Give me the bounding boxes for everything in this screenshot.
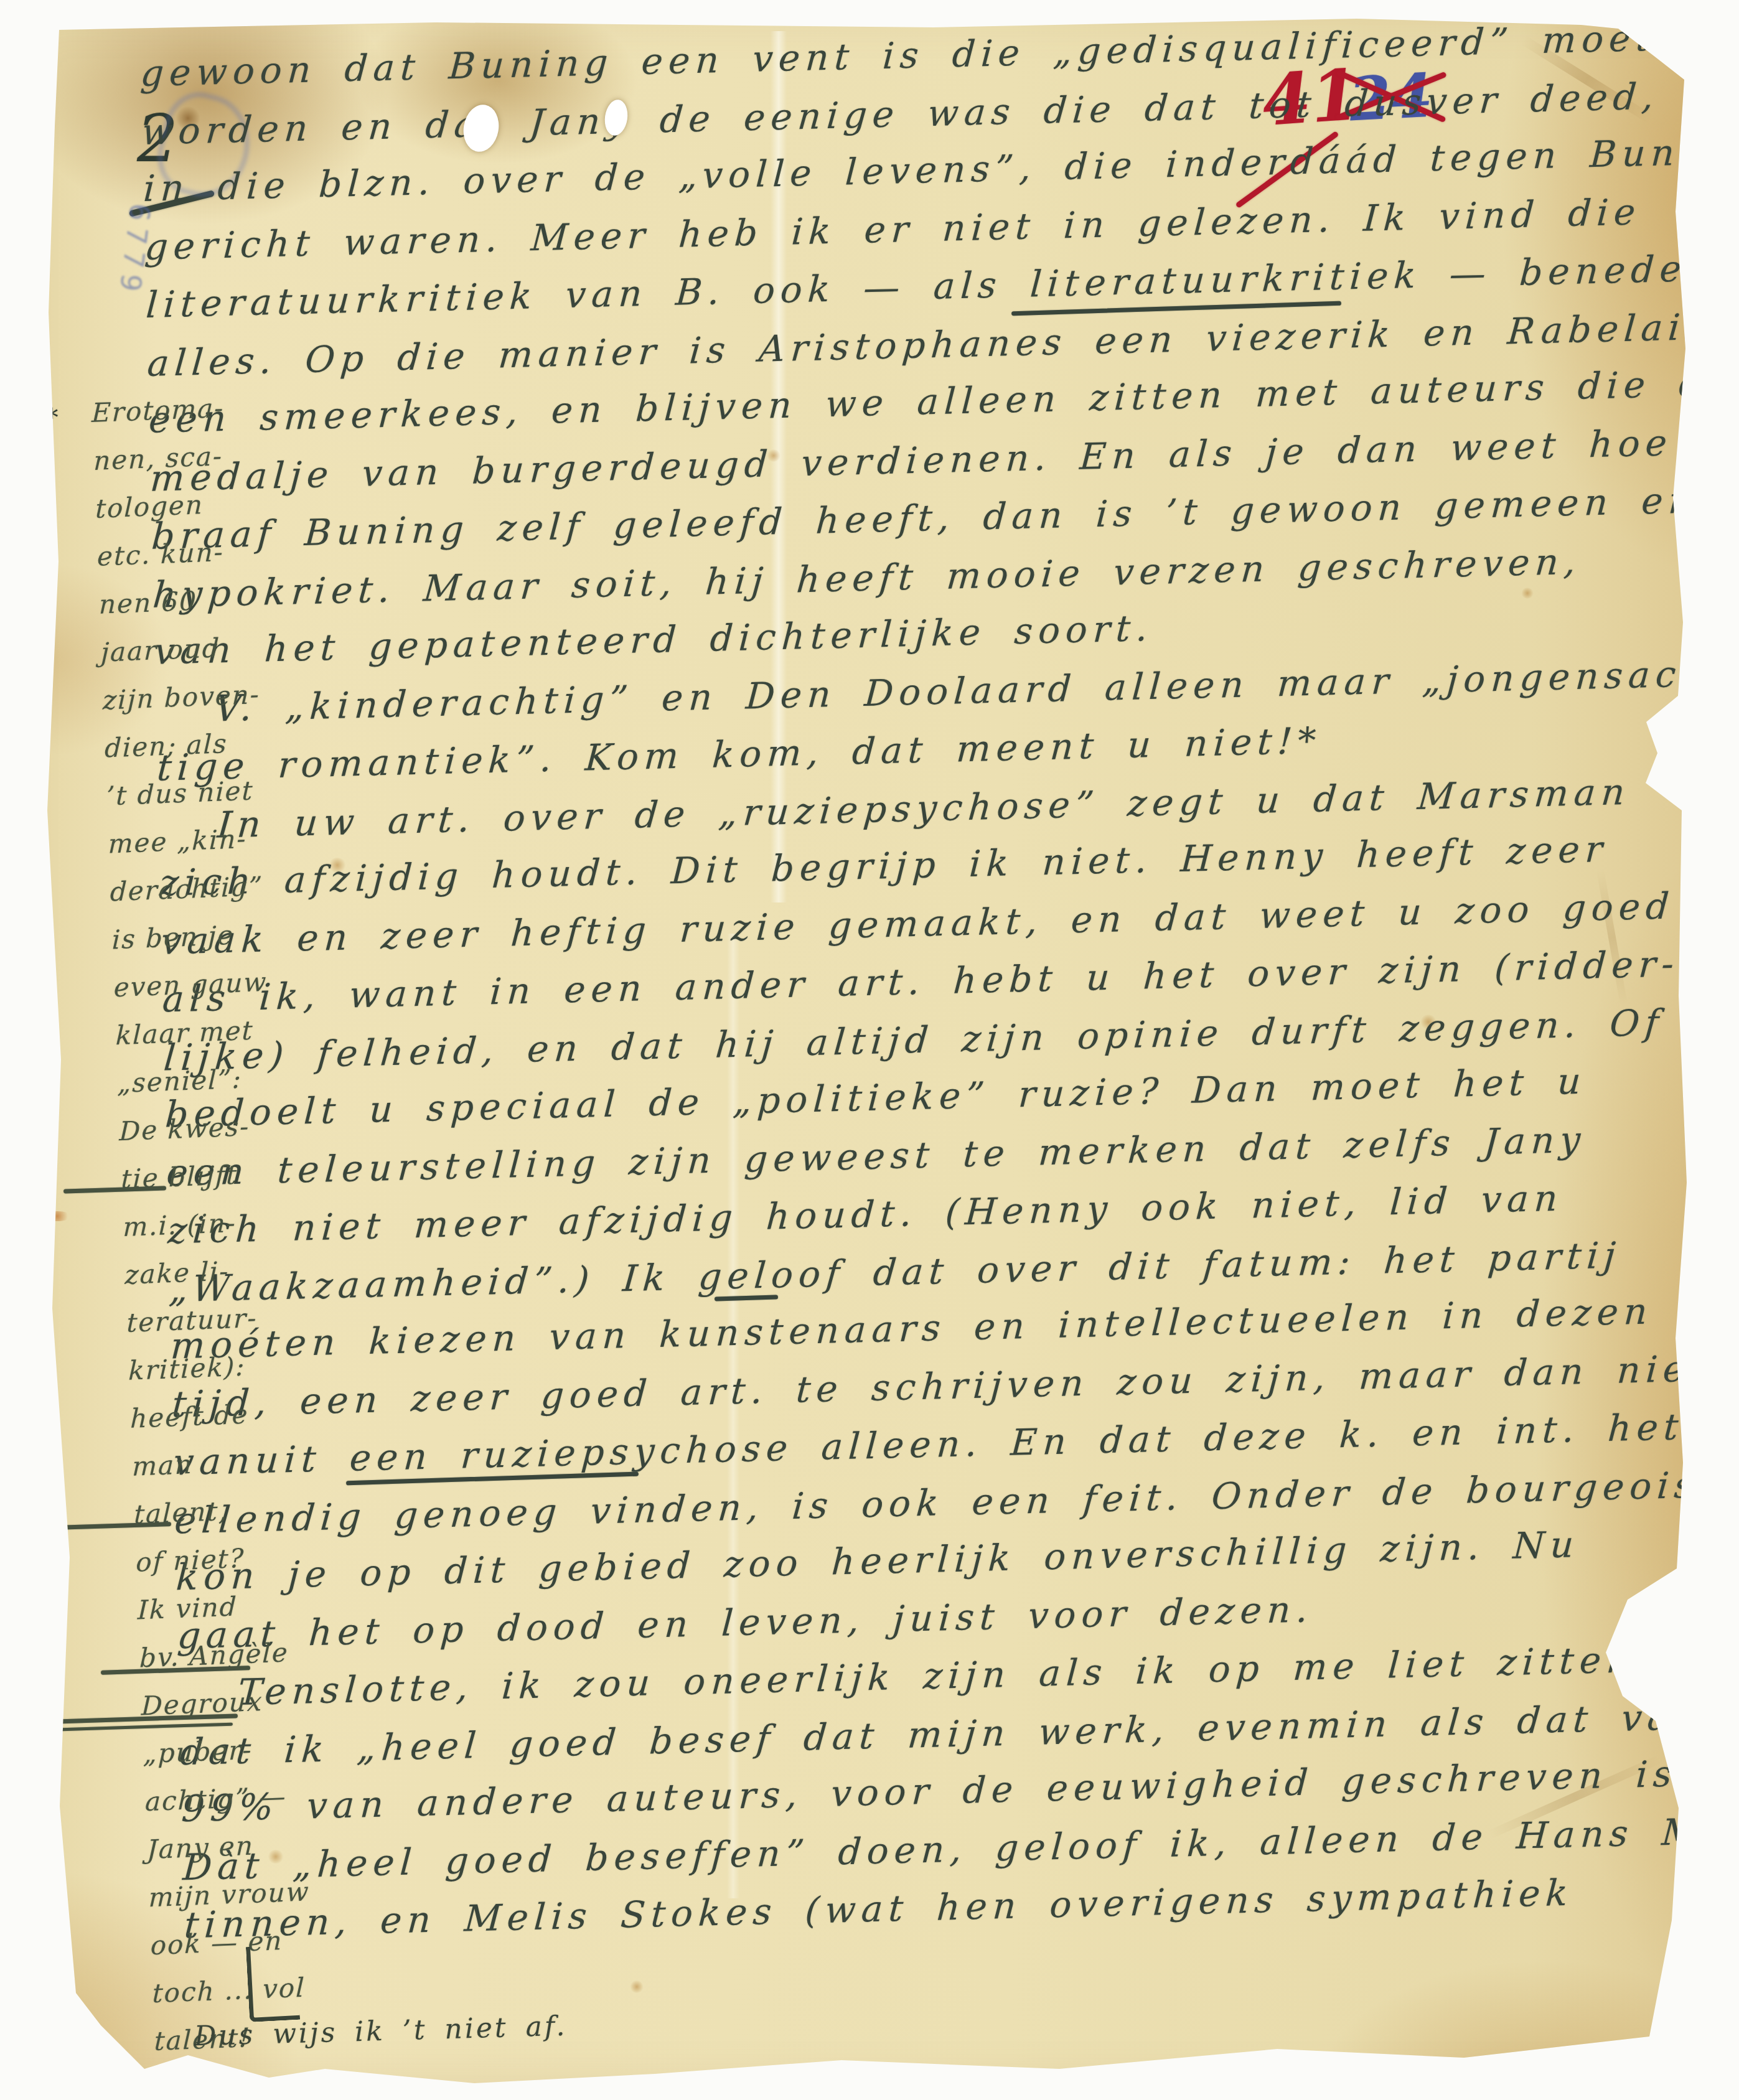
scan-canvas: 2 6779 41 24 gewoon dat Buning een vent … bbox=[0, 0, 1739, 2100]
handwriting-line: Ik vind bbox=[137, 1578, 357, 1634]
paper-stain bbox=[44, 1211, 71, 1221]
handwriting-line: nen 60 bbox=[98, 572, 319, 629]
handwriting-line: „seniel”: bbox=[117, 1051, 337, 1108]
handwriting-line: teratuur- bbox=[126, 1290, 346, 1347]
handwriting-line: Degroux bbox=[141, 1674, 361, 1730]
handwriting-line: zake li- bbox=[124, 1242, 344, 1299]
handwriting-line: talent, bbox=[133, 1482, 354, 1539]
handwriting-line: dien; als bbox=[104, 716, 324, 772]
handwriting-line: zijn boven- bbox=[102, 668, 322, 724]
handwriting-line: De kwes- bbox=[119, 1099, 339, 1156]
handwriting-line: tologen bbox=[95, 476, 315, 533]
letter-page: 2 6779 41 24 gewoon dat Buning een vent … bbox=[0, 0, 1739, 2100]
handwriting-line: mijn vrouw bbox=[148, 1865, 368, 1922]
handwriting-line: even gauw bbox=[113, 955, 334, 1012]
main-text: gewoon dat Buning een vent is die „gedis… bbox=[140, 7, 1739, 1955]
handwriting-line: „puber- bbox=[143, 1722, 363, 1778]
footnote-marker-icon: * bbox=[45, 394, 60, 443]
handwriting-line: ’t dus niet bbox=[106, 764, 326, 820]
handwriting-line: m.i. (in- bbox=[122, 1194, 342, 1251]
handwriting-line: man bbox=[131, 1434, 352, 1491]
handwriting-line: Erotoma- bbox=[91, 380, 311, 437]
handwriting-line: klaar met bbox=[115, 1003, 335, 1060]
handwriting-line: kritiek): bbox=[128, 1338, 348, 1395]
handwriting-line: is ben je bbox=[111, 907, 332, 964]
paper-stain bbox=[630, 1980, 644, 1993]
handwriting-line: mee „kin- bbox=[108, 812, 328, 868]
handwriting-line: bv. Angèle bbox=[139, 1626, 359, 1682]
handwriting-line: jaar oud bbox=[100, 620, 321, 677]
handwriting-line: achtig” — bbox=[144, 1770, 365, 1826]
handwriting-line: heeft de bbox=[129, 1386, 350, 1443]
handwriting-line: tie blijft bbox=[121, 1146, 341, 1203]
ink-bracket bbox=[246, 1944, 300, 2022]
handwriting-line: Jany en bbox=[146, 1817, 367, 1874]
handwriting-line: derachtig” bbox=[110, 860, 330, 916]
handwriting-line: of niet? bbox=[135, 1530, 355, 1587]
handwriting-line: nen, sca- bbox=[93, 428, 313, 485]
handwriting-line: etc. kun- bbox=[96, 524, 317, 581]
